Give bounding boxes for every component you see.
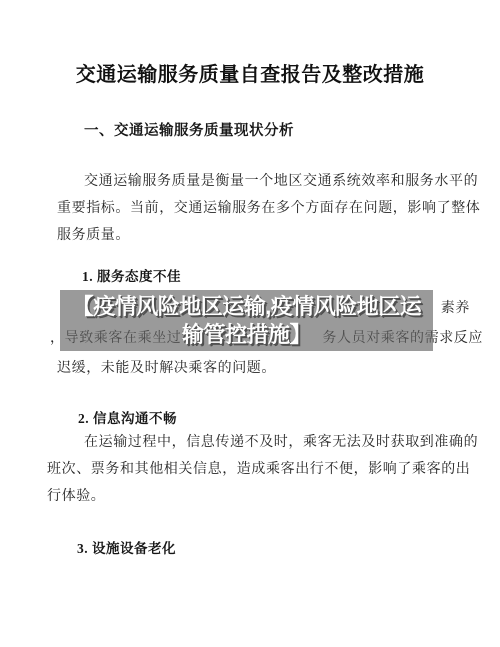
watermark-text-line-2: 输管控措施】 [182, 321, 311, 349]
sub2-paragraph-line-2: 班次、票务和其他相关信息，造成乘客出行不便，影响了乘客的出 [47, 458, 470, 478]
document-title: 交通运输服务质量自查报告及整改措施 [0, 58, 500, 87]
watermark-text-line-1: 【疫情风险地区运输,疫情风险地区运 [72, 293, 422, 321]
sub1-paragraph-line-3: 迟缓，未能及时解决乘客的问题。 [57, 357, 276, 377]
subsection-3-heading: 3. 设施设备老化 [77, 537, 176, 557]
intro-line-1: 交通运输服务质量是衡量一个地区交通系统效率和服务水平的 [84, 170, 478, 190]
subsection-2-heading: 2. 信息沟通不畅 [78, 407, 177, 427]
visible-fragment-right: 素养 [441, 297, 470, 317]
intro-line-3: 服务质量。 [57, 224, 130, 244]
sub2-paragraph-line-3: 行体验。 [47, 485, 105, 505]
sub2-paragraph-line-1: 在运输过程中，信息传递不及时，乘客无法及时获取到准确的 [84, 431, 478, 451]
document-page: 交通运输服务质量自查报告及整改措施 一、交通运输服务质量现状分析 交通运输服务质… [0, 0, 500, 647]
watermark-overlay: 【疫情风险地区运输,疫情风险地区运 输管控措施】 [60, 290, 433, 351]
subsection-1-heading: 1. 服务态度不佳 [82, 265, 181, 285]
section-1-heading: 一、交通运输服务质量现状分析 [84, 119, 294, 140]
intro-line-2: 重要指标。当前，交通运输服务在多个方面存在问题，影响了整体 [57, 197, 480, 217]
